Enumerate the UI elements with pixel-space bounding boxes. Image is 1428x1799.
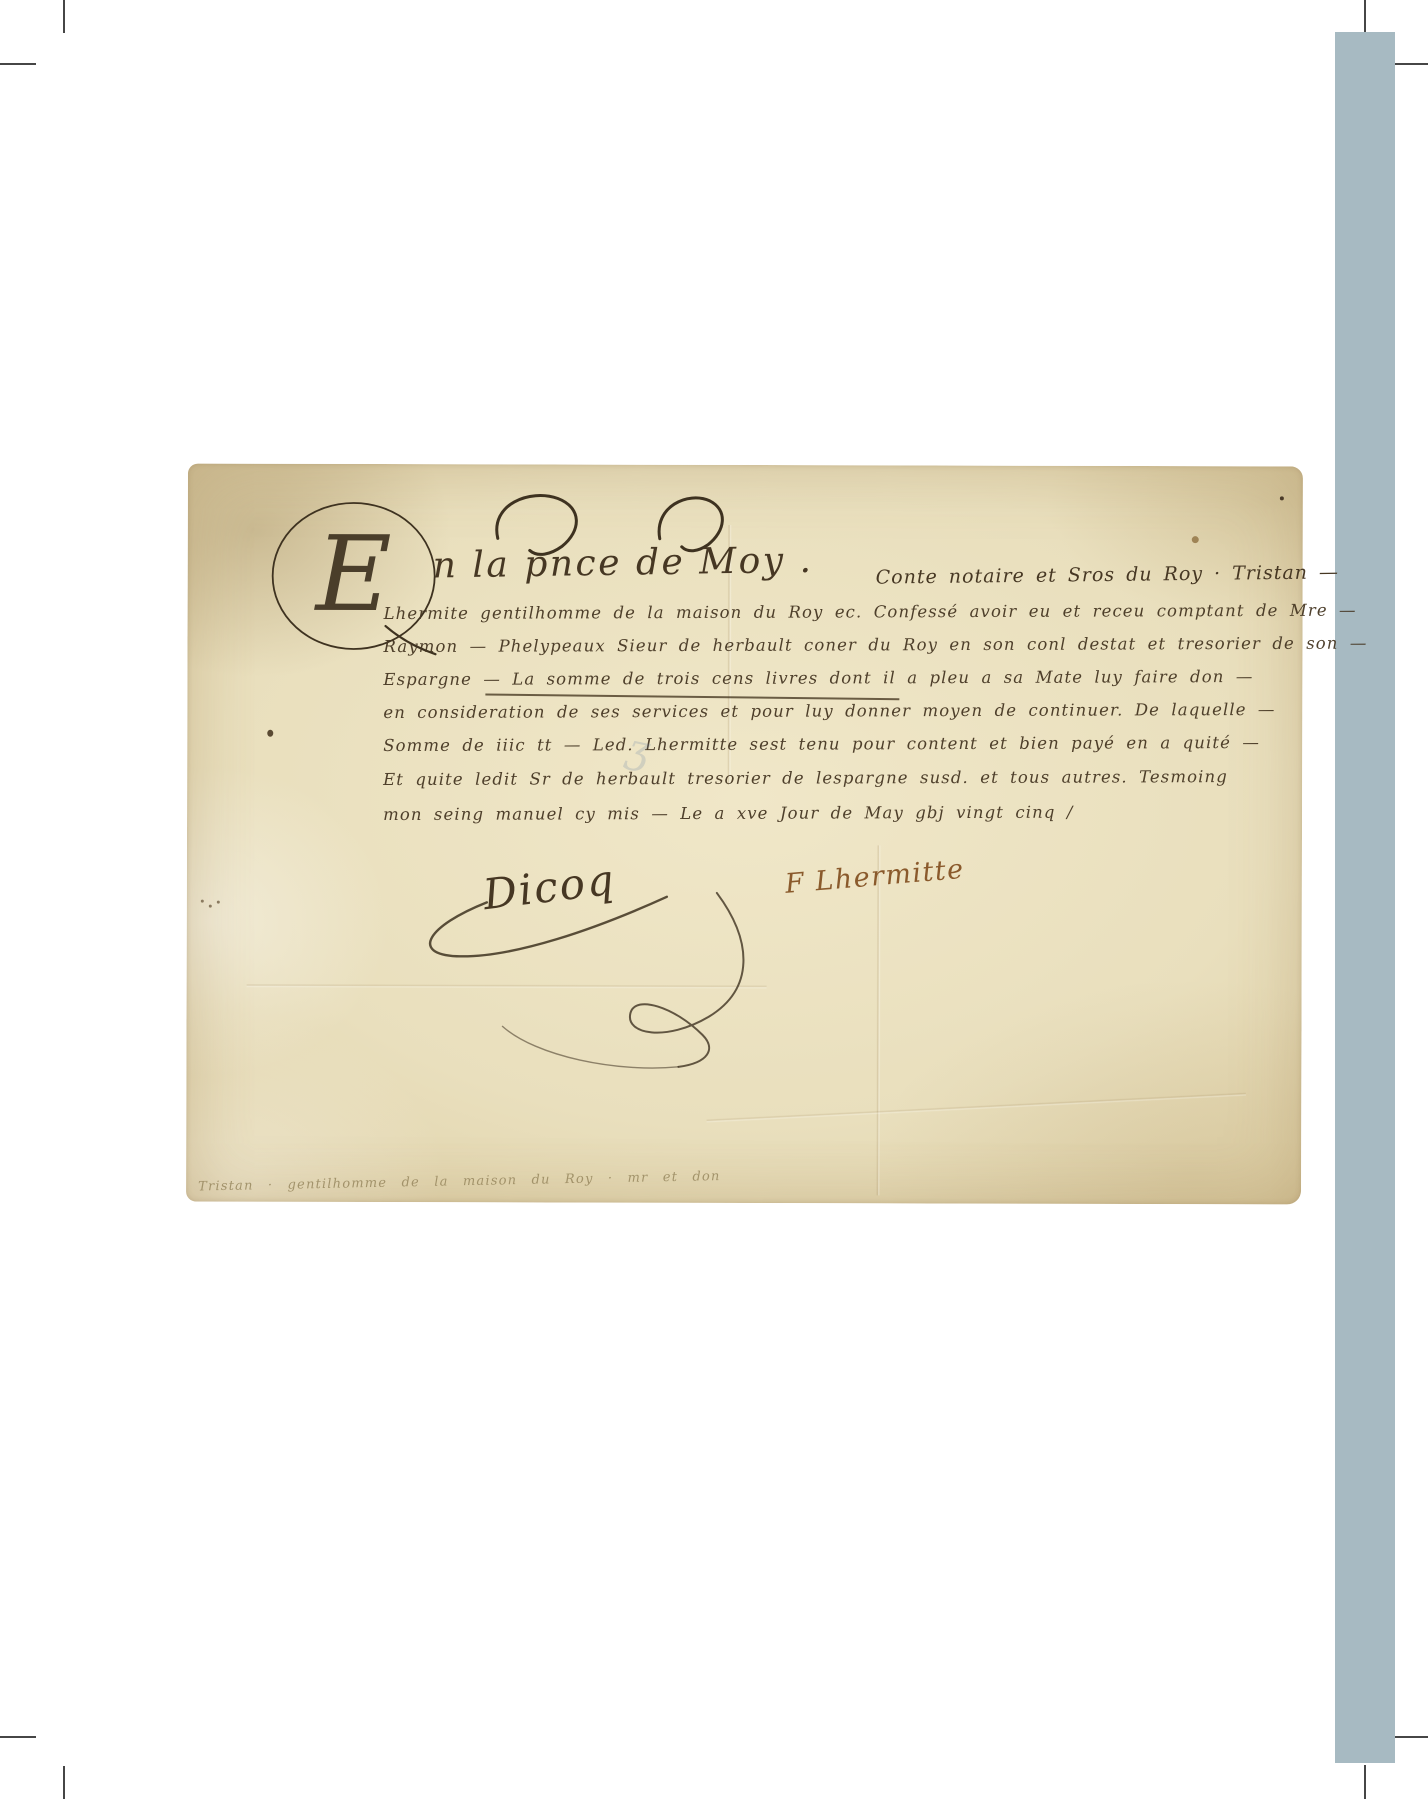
manuscript-line: Espargne — La somme de trois cens livres… — [383, 667, 1253, 689]
ink-spot — [1192, 536, 1199, 543]
dust-speck — [201, 900, 204, 903]
crop-mark-top-right-horizontal — [1394, 63, 1428, 65]
dust-speck — [209, 905, 212, 908]
ink-dot — [1280, 496, 1284, 500]
sum-underline — [485, 694, 899, 701]
decorative-side-band — [1335, 32, 1395, 1763]
crop-mark-bottom-right-horizontal — [1394, 1736, 1428, 1738]
manuscript-line: en consideration de ses services et pour… — [383, 700, 1275, 722]
manuscript-line: Lhermite gentilhomme de la maison du Roy… — [384, 601, 1357, 623]
crop-mark-bottom-left-horizontal — [0, 1736, 36, 1738]
crop-mark-top-left-horizontal — [0, 63, 36, 65]
crop-mark-bottom-left-vertical — [63, 1766, 65, 1799]
notary-note-script: Conte notaire et Sros du Roy · Tristan — — [876, 561, 1340, 588]
manuscript-scan: E n la pnce de Moy . Conte notaire et Sr… — [186, 464, 1303, 1205]
pencil-annotation: Tristan · gentilhomme de la maison du Ro… — [198, 1169, 721, 1194]
crop-mark-top-left-vertical — [63, 0, 65, 33]
parchment-hole — [267, 730, 273, 737]
illuminated-initial-icon: E — [265, 498, 441, 660]
dust-speck — [217, 901, 220, 904]
initial-letter: E — [314, 513, 392, 635]
crop-mark-top-right-vertical — [1364, 0, 1366, 33]
crop-mark-bottom-right-vertical — [1364, 1765, 1366, 1799]
ink-showthrough: ʒ — [623, 725, 655, 775]
manuscript-line: Raymon — Phelypeaux Sieur de herbault co… — [383, 634, 1367, 656]
heading-script: n la pnce de Moy . — [432, 540, 813, 587]
page: E n la pnce de Moy . Conte notaire et Sr… — [0, 0, 1428, 1799]
manuscript-line: mon seing manuel cy mis — Le a xve Jour … — [383, 803, 1073, 824]
parchment-crease — [876, 845, 881, 1195]
signature-paraph-flourish-icon — [416, 856, 847, 1077]
manuscript-line: Et quite ledit Sr de herbault tresorier … — [383, 767, 1228, 789]
manuscript-line: Somme de iiic tt — Led. Lhermitte sest t… — [383, 733, 1260, 755]
parchment-crease — [707, 1092, 1247, 1123]
